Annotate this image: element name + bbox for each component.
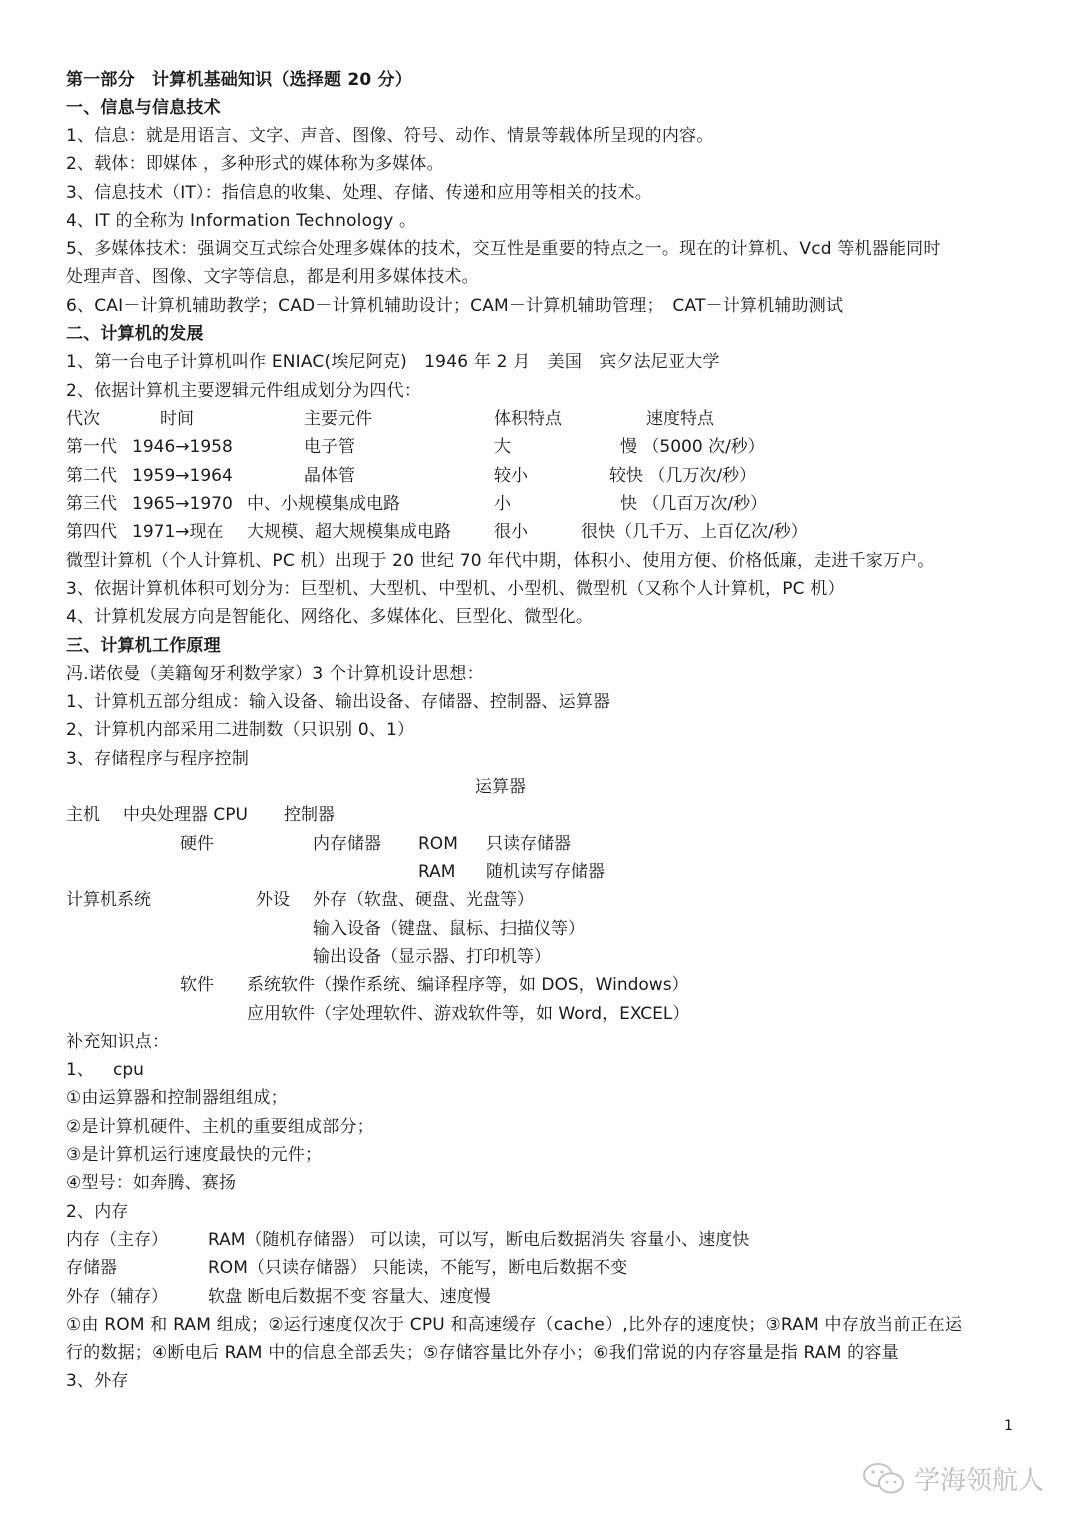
memory-desc: RAM（随机存储器） 可以读，可以写，断电后数据消失 容量小、速度快 <box>208 1229 749 1251</box>
page-number: 1 <box>1004 1418 1013 1434</box>
table-cell: 快 （几百万次/秒） <box>620 493 767 515</box>
table-cell: 很小 <box>494 521 528 543</box>
tree-node-software: 软件 <box>180 974 214 996</box>
paragraph: 3、信息技术（IT）：指信息的收集、处理、存储、传递和应用等相关的技术。 <box>66 182 652 204</box>
tree-node-ram-desc: 随机读写存储器 <box>486 861 605 883</box>
supplement-cpu-number: 1、 <box>66 1059 94 1081</box>
paragraph: ①由 ROM 和 RAM 组成；②运行速度仅次于 CPU 和高速缓存（cache… <box>66 1314 962 1336</box>
paragraph: 1、计算机五部分组成：输入设备、输出设备、存储器、控制器、运算器 <box>66 691 610 713</box>
header-cell: 代次 <box>66 408 100 430</box>
page-title: 第一部分 计算机基础知识（选择题 20 分） <box>66 69 412 91</box>
paragraph: 4、IT 的全称为 Information Technology 。 <box>66 210 416 232</box>
header-cell: 体积特点 <box>494 408 562 430</box>
tree-node-ram: RAM <box>418 861 455 883</box>
table-cell: 电子管 <box>304 436 355 458</box>
paragraph: 1、信息：就是用语言、文字、声音、图像、符号、动作、情景等载体所呈现的内容。 <box>66 125 713 147</box>
memory-label: 外存（辅存） <box>66 1286 168 1308</box>
table-cell: 晶体管 <box>304 465 355 487</box>
tree-node-external: 外存（软盘、硬盘、光盘等） <box>313 889 534 911</box>
supplement-external-title: 3、外存 <box>66 1370 129 1392</box>
table-cell: 1965→1970 <box>132 493 233 515</box>
paragraph: 6、CAI－计算机辅助教学；CAD－计算机辅助设计；CAM－计算机辅助管理； C… <box>66 295 843 317</box>
header-cell: 主要元件 <box>304 408 372 430</box>
tree-node-peripheral: 外设 <box>256 889 290 911</box>
paragraph: 4、计算机发展方向是智能化、网络化、多媒体化、巨型化、微型化。 <box>66 606 593 628</box>
tree-node-app-software: 应用软件（字处理软件、游戏软件等，如 Word，EXCEL） <box>247 1003 689 1025</box>
table-cell: 较快 （几万次/秒） <box>609 465 756 487</box>
table-cell: 小 <box>494 493 511 515</box>
tree-node-memory: 内存储器 <box>313 833 381 855</box>
paragraph: 2、计算机内部采用二进制数（只识别 0、1） <box>66 719 414 741</box>
paragraph: 冯.诺依曼（美籍匈牙利数学家）3 个计算机设计思想： <box>66 663 484 685</box>
paragraph: 3、存储程序与程序控制 <box>66 748 249 770</box>
table-cell: 大 <box>494 436 511 458</box>
tree-node-controller: 控制器 <box>284 804 335 826</box>
tree-node-input: 输入设备（键盘、鼠标、扫描仪等） <box>313 918 585 940</box>
table-cell: 1946→1958 <box>132 436 233 458</box>
supplement-heading: 补充知识点： <box>66 1031 169 1053</box>
section-heading-1: 一、信息与信息技术 <box>66 97 221 119</box>
table-cell: 大规模、超大规模集成电路 <box>247 521 451 543</box>
table-cell: 很快（几千万、上百亿次/秒） <box>581 521 808 543</box>
tree-node-hardware: 硬件 <box>180 833 214 855</box>
paragraph: 2、依据计算机主要逻辑元件组成划分为四代： <box>66 380 421 402</box>
list-item: ④型号：如奔腾、赛扬 <box>66 1172 236 1194</box>
section-heading-2: 二、计算机的发展 <box>66 323 204 345</box>
table-cell: 第二代 <box>66 465 117 487</box>
paragraph: 行的数据；④断电后 RAM 中的信息全部丢失；⑤存储容量比外存小；⑥我们常说的内… <box>66 1342 899 1364</box>
paragraph: 微型计算机（个人计算机、PC 机）出现于 20 世纪 70 年代中期，体积小、使… <box>66 550 935 572</box>
supplement-cpu-title: cpu <box>113 1059 144 1081</box>
memory-label: 内存（主存） <box>66 1229 168 1251</box>
table-cell: 第三代 <box>66 493 117 515</box>
paragraph: 5、多媒体技术：强调交互式综合处理多媒体的技术，交互性是重要的特点之一。现在的计… <box>66 238 941 260</box>
paragraph: 2、载体：即媒体 ，多种形式的媒体称为多媒体。 <box>66 153 444 175</box>
tree-node-cpu: 中央处理器 CPU <box>123 804 248 826</box>
memory-desc: ROM（只读存储器） 只能读，不能写，断电后数据不变 <box>208 1257 627 1279</box>
memory-label: 存储器 <box>66 1257 117 1279</box>
table-cell: 慢 （5000 次/秒） <box>620 436 765 458</box>
memory-desc: 软盘 断电后数据不变 容量大、速度慢 <box>208 1286 491 1308</box>
header-cell: 时间 <box>160 408 194 430</box>
table-cell: 第一代 <box>66 436 117 458</box>
supplement-memory-title: 2、内存 <box>66 1201 129 1223</box>
tree-node-alu: 运算器 <box>475 776 526 798</box>
tree-node-rom: ROM <box>418 833 458 855</box>
table-cell: 1971→现在 <box>132 521 224 543</box>
paragraph: 1、第一台电子计算机叫作 ENIAC(埃尼阿克) 1946 年 2 月 美国 宾… <box>66 351 720 373</box>
tree-node-system-software: 系统软件（操作系统、编译程序等，如 DOS，Windows） <box>247 974 689 996</box>
document-page: 第一部分 计算机基础知识（选择题 20 分） 一、信息与信息技术 1、信息：就是… <box>0 0 1080 1527</box>
table-cell: 1959→1964 <box>132 465 233 487</box>
tree-node-system: 计算机系统 <box>66 889 151 911</box>
list-item: ①由运算器和控制器组组成； <box>66 1087 288 1109</box>
list-item: ③是计算机运行速度最快的元件； <box>66 1144 322 1166</box>
table-cell: 较小 <box>494 465 528 487</box>
list-item: ②是计算机硬件、主机的重要组成部分； <box>66 1116 374 1138</box>
table-cell: 第四代 <box>66 521 117 543</box>
wechat-icon <box>862 1461 906 1497</box>
watermark: 学海领航人 <box>862 1460 1044 1497</box>
header-cell: 速度特点 <box>646 408 714 430</box>
paragraph: 3、依据计算机体积可划分为：巨型机、大型机、中型机、小型机、微型机（又称个人计算… <box>66 578 845 600</box>
watermark-text: 学海领航人 <box>914 1460 1044 1497</box>
tree-node-rom-desc: 只读存储器 <box>486 833 571 855</box>
table-cell: 中、小规模集成电路 <box>247 493 400 515</box>
tree-node-host: 主机 <box>66 804 100 826</box>
section-heading-3: 三、计算机工作原理 <box>66 635 221 657</box>
paragraph: 处理声音、图像、文字等信息，都是利用多媒体技术。 <box>66 266 479 288</box>
tree-node-output: 输出设备（显示器、打印机等） <box>313 946 551 968</box>
